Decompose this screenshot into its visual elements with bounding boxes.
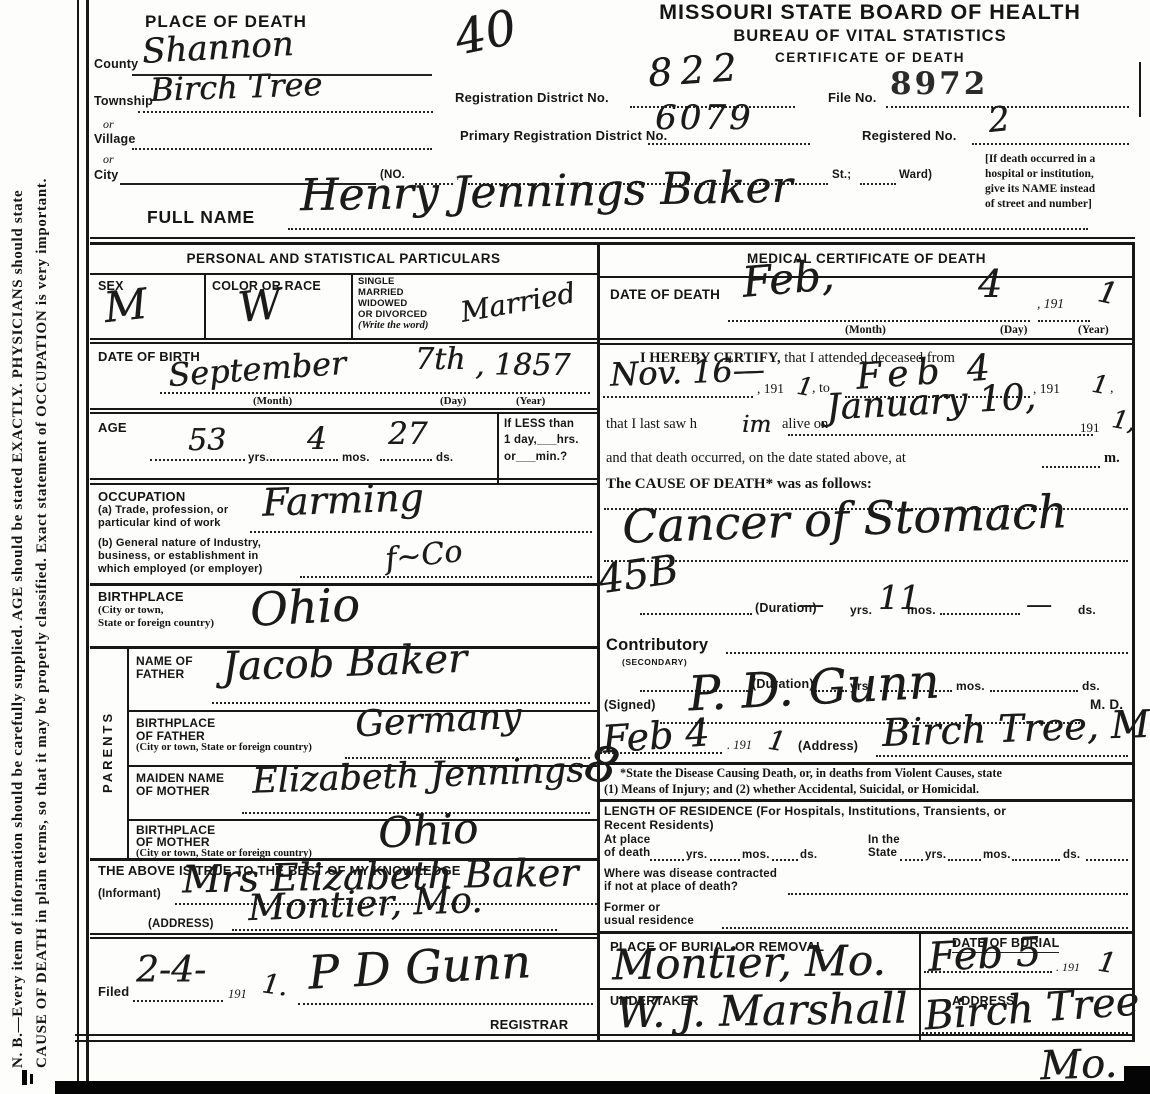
father-name-label: NAME OF [136, 654, 193, 668]
right-border [1132, 243, 1135, 1042]
marital-label: WIDOWED [358, 298, 407, 309]
village-label: Village [94, 132, 135, 146]
year-caption: (Year) [1078, 324, 1109, 336]
father-name-label: FATHER [136, 667, 184, 681]
ruled-line [132, 148, 432, 150]
attended-to-year: 1 [1090, 369, 1111, 400]
date-of-death-year-print: , 191 [1037, 296, 1064, 312]
mos-caption: mos. [956, 679, 985, 693]
occupation-a-value: Farming [261, 475, 424, 525]
file-no-label: File No. [828, 90, 877, 105]
county-value: Shannon [141, 24, 295, 72]
ruled-line [860, 183, 896, 185]
ruled-line [940, 613, 1020, 615]
at-place-label: At place [604, 834, 650, 846]
personal-section-title: PERSONAL AND STATISTICAL PARTICULARS [90, 251, 597, 266]
ruled-line [922, 1032, 1128, 1034]
ruled-line [604, 560, 1128, 562]
ruled-line [924, 971, 1052, 973]
ds-caption: ds. [1063, 849, 1080, 861]
registration-district-label: Registration District No. [455, 90, 609, 105]
or-label: or [103, 152, 114, 167]
last-saw-label: that I last saw h [606, 416, 697, 433]
city-ward-label: Ward) [899, 169, 932, 181]
mos-caption: mos. [342, 452, 370, 464]
ruled-line [650, 859, 684, 861]
burial-year-value: 1 [1095, 945, 1118, 981]
cell-divider [127, 646, 129, 858]
yrs-caption: yrs. [686, 849, 707, 861]
age-label: AGE [98, 420, 127, 435]
occupation-b-value: f~Co [383, 534, 464, 577]
ruled-line [640, 613, 752, 615]
signed-year-value: 1 [765, 725, 787, 759]
rule [600, 762, 1133, 765]
full-name-value: Henry Jennings Baker [300, 162, 793, 222]
ds-caption: ds. [1082, 679, 1100, 693]
ruled-line [972, 143, 1129, 145]
ruled-line [270, 459, 338, 461]
cell-divider [497, 413, 499, 483]
hospital-note: [If death occurred in a [985, 153, 1095, 165]
rule [600, 343, 1133, 345]
ruled-line [788, 434, 1093, 436]
rule [90, 242, 1135, 245]
city-st-label: St.; [832, 169, 851, 181]
ds-caption: ds. [436, 452, 453, 464]
ruled-line [990, 690, 1078, 692]
physician-address-value: Birch Tree, Mo [881, 701, 1150, 755]
cause-code: 45B [595, 547, 681, 604]
print-191: . 191 [727, 738, 752, 753]
father-name-value: Jacob Baker [221, 636, 467, 691]
birthplace-sublabel: State or foreign country) [98, 617, 214, 629]
date-of-death-year: 1 [1095, 274, 1121, 312]
scan-mark [30, 1074, 33, 1084]
contributory-label: Contributory [606, 636, 708, 655]
filed-year-print: 191 [228, 987, 247, 1002]
primary-district-value: 6079 [655, 98, 754, 138]
rule [90, 412, 597, 414]
rule [90, 237, 1135, 239]
rule [90, 273, 597, 275]
filed-date-value: 2-4- [136, 950, 206, 991]
scan-edge-corner [1124, 1066, 1150, 1094]
rule [600, 799, 1133, 802]
medical-section-title: MEDICAL CERTIFICATE OF DEATH [600, 251, 1133, 266]
township-value: Birch Tree [149, 65, 322, 109]
file-no-stamp: 8972 [890, 66, 988, 102]
age-years-value: 53 [188, 423, 226, 458]
ruled-line [1012, 859, 1060, 861]
date-of-death-day: 4 [978, 262, 1002, 306]
ruled-line [603, 396, 753, 398]
ruled-line [648, 143, 810, 145]
ruled-line [948, 859, 981, 861]
informant-address-value: Montier, Mo. [247, 880, 483, 929]
address-label: (Address) [798, 739, 858, 753]
yrs-caption: yrs. [925, 849, 946, 861]
township-label: Township [94, 94, 153, 108]
secondary-label: (SECONDARY) [622, 657, 687, 667]
ruled-line [298, 1003, 593, 1005]
occupation-a-label: (a) Trade, profession, or [98, 504, 228, 516]
ruled-line [900, 859, 923, 861]
ruled-line [288, 228, 1088, 230]
ds-caption: ds. [800, 849, 817, 861]
mother-name-label: MAIDEN NAME [136, 771, 224, 785]
dob-day-value: 7th [415, 342, 465, 377]
yrs-caption: yrs. [248, 452, 269, 464]
ruled-line [160, 392, 590, 394]
or-label: or [103, 117, 114, 132]
ds-caption: ds. [1078, 603, 1096, 617]
ruled-line [133, 1000, 223, 1002]
cell-divider [919, 931, 921, 1040]
father-birthplace-label: OF FATHER [136, 729, 205, 743]
rule [600, 931, 1133, 934]
ruled-line [150, 459, 245, 461]
scan-edge-bar [55, 1081, 1150, 1094]
ruled-line [788, 893, 1128, 895]
filed-year-value: 1. [260, 968, 290, 1002]
ruled-line [1042, 466, 1100, 468]
in-state-label: State [868, 847, 897, 859]
undertaker-value: W. J. Marshall [616, 983, 908, 1037]
alive-on-label: alive on [782, 416, 828, 433]
occupation-label: OCCUPATION [98, 489, 185, 504]
date-of-death-label: DATE OF DEATH [610, 287, 720, 302]
primary-district-label: Primary Registration District No. [460, 128, 667, 143]
registrar-signature: P D Gunn [307, 934, 532, 1000]
mother-name-value: Elizabeth Jennings [251, 750, 584, 802]
ruled-line [138, 111, 433, 113]
him-handwritten: im [742, 412, 771, 438]
mos-caption: mos. [742, 849, 770, 861]
ruled-line [710, 859, 740, 861]
occupation-b-label: (b) General nature of Industry, [98, 537, 261, 549]
ruled-line [250, 531, 592, 533]
disease-contracted-label: if not at place of death? [604, 881, 738, 893]
birthplace-sublabel: (City or town, [98, 604, 163, 616]
at-place-label: of death [604, 847, 650, 859]
in-state-label: In the [868, 834, 900, 846]
print-191: 191 [1080, 420, 1100, 436]
right-edge-mark [1139, 62, 1141, 117]
age-months-value: 4 [307, 421, 327, 457]
print-191: , 191 [757, 381, 784, 397]
ruled-line [232, 929, 557, 931]
birthplace-value: Ohio [249, 577, 361, 637]
residence-title: Recent Residents) [604, 818, 714, 832]
hospital-note: hospital or institution, [985, 168, 1094, 180]
ruled-line [722, 927, 1128, 929]
mother-birthplace-value: Ohio [377, 803, 480, 857]
sex-value: M [102, 279, 150, 332]
ruled-line [1086, 859, 1128, 861]
cause-of-death-value: Cancer of Stomach [621, 484, 1068, 554]
print-191: , 191 [1033, 381, 1060, 397]
occupation-a-label: particular kind of work [98, 517, 221, 529]
month-caption: (Month) [845, 324, 886, 336]
footnote-line1: *State the Disease Causing Death, or, in… [620, 766, 1002, 781]
day-caption: (Day) [440, 395, 466, 407]
dob-year-value: , 1857 [475, 348, 570, 383]
rule [129, 819, 597, 821]
mother-name-label: OF MOTHER [136, 784, 210, 798]
month-caption: (Month) [253, 395, 292, 407]
cell-divider [351, 275, 353, 338]
mos-caption: mos. [907, 603, 936, 617]
rule [600, 276, 1133, 278]
marital-label: SINGLE [358, 276, 395, 287]
rule [90, 338, 597, 340]
occupation-b-label: which employed (or employer) [98, 563, 263, 575]
father-birthplace-sublabel: (City or town, State or foreign country) [136, 742, 312, 753]
marital-value: Married [458, 276, 578, 329]
cell-divider [204, 275, 206, 338]
registered-no-label: Registered No. [862, 128, 957, 143]
hospital-note: of street and number] [985, 198, 1092, 210]
ruled-line [728, 320, 1030, 322]
death-occurred-label: and that death occurred, on the date sta… [606, 450, 906, 467]
print-191: . 191 [1056, 960, 1080, 975]
burial-date-value: Feb 5 [927, 929, 1042, 981]
m-label: m. [1104, 450, 1120, 467]
last-seen-year: 1, [1110, 404, 1139, 437]
marital-label: MARRIED [358, 287, 404, 298]
parents-label: PARENTS [100, 711, 115, 793]
less-than-label: or___min.? [504, 451, 567, 463]
filed-label: Filed [98, 984, 129, 999]
ruled-line [1038, 320, 1090, 322]
attended-from-date: Nov. 16— [609, 350, 765, 393]
color-race-value: W [236, 279, 284, 332]
occupation-b-label: business, or establishment in [98, 550, 258, 562]
ruled-line [876, 755, 1128, 757]
yrs-caption: yrs. [850, 603, 872, 617]
disease-contracted-label: Where was disease contracted [604, 868, 777, 880]
less-than-label: 1 day,___hrs. [504, 434, 579, 446]
ruled-line [772, 859, 798, 861]
hospital-note: give its NAME instead [985, 183, 1095, 195]
city-label: City [94, 168, 118, 182]
less-than-label: If LESS than [504, 418, 574, 430]
day-caption: (Day) [1000, 324, 1027, 336]
left-border-outer [77, 0, 79, 1082]
left-border-inner [86, 0, 89, 1082]
residence-title: LENGTH OF RESIDENCE (For Hospitals, Inst… [604, 804, 1006, 818]
rule [75, 1040, 1135, 1042]
registrar-label: REGISTRAR [490, 1017, 568, 1032]
rule [90, 408, 597, 410]
duration-days-dash: — [1026, 590, 1052, 620]
column-divider [597, 243, 600, 1042]
age-days-value: 27 [388, 416, 427, 452]
burial-place-value: Montier, Mo. [612, 936, 886, 990]
footnote-line2: (1) Means of Injury; and (2) whether Acc… [604, 782, 979, 797]
mos-caption: mos. [983, 849, 1011, 861]
written-number: 40 [450, 0, 521, 67]
county-label: County [94, 57, 138, 71]
informant-address-label: (ADDRESS) [148, 918, 214, 930]
comma: , [1110, 381, 1114, 397]
mother-birthplace-label: OF MOTHER [136, 835, 210, 849]
bureau-title: BUREAU OF VITAL STATISTICS [600, 27, 1140, 46]
marital-instruction: (Write the word) [358, 320, 428, 331]
registration-district-value: 822 [647, 45, 746, 96]
year-caption: (Year) [516, 395, 545, 407]
scan-mark [22, 1070, 27, 1085]
rule [600, 338, 1133, 340]
board-title: MISSOURI STATE BOARD OF HEALTH [600, 0, 1140, 25]
margin-note-line1: N. B.—Every item of information should b… [10, 190, 27, 1068]
margin-note-line2: CAUSE OF DEATH in plain terms, so that i… [34, 178, 51, 1068]
birthplace-label: BIRTHPLACE [98, 589, 184, 604]
ruled-line [380, 459, 432, 461]
date-of-death-month: Feb, [740, 250, 836, 307]
marital-label: OR DIVORCED [358, 309, 427, 320]
informant-label: (Informant) [98, 888, 161, 900]
cause-intro-label: The CAUSE OF DEATH* was as follows: [606, 476, 872, 493]
father-birthplace-value: Germany [354, 696, 522, 746]
former-residence-label: usual residence [604, 915, 694, 927]
former-residence-label: Former or [604, 902, 660, 914]
duration-years-dash: — [798, 590, 824, 620]
signed-label: (Signed) [604, 698, 656, 712]
father-birthplace-label: BIRTHPLACE [136, 716, 215, 730]
registered-no-value: 2 [986, 99, 1012, 141]
full-name-label: FULL NAME [147, 207, 255, 228]
death-certificate-scan: N. B.—Every item of information should b… [0, 0, 1150, 1094]
